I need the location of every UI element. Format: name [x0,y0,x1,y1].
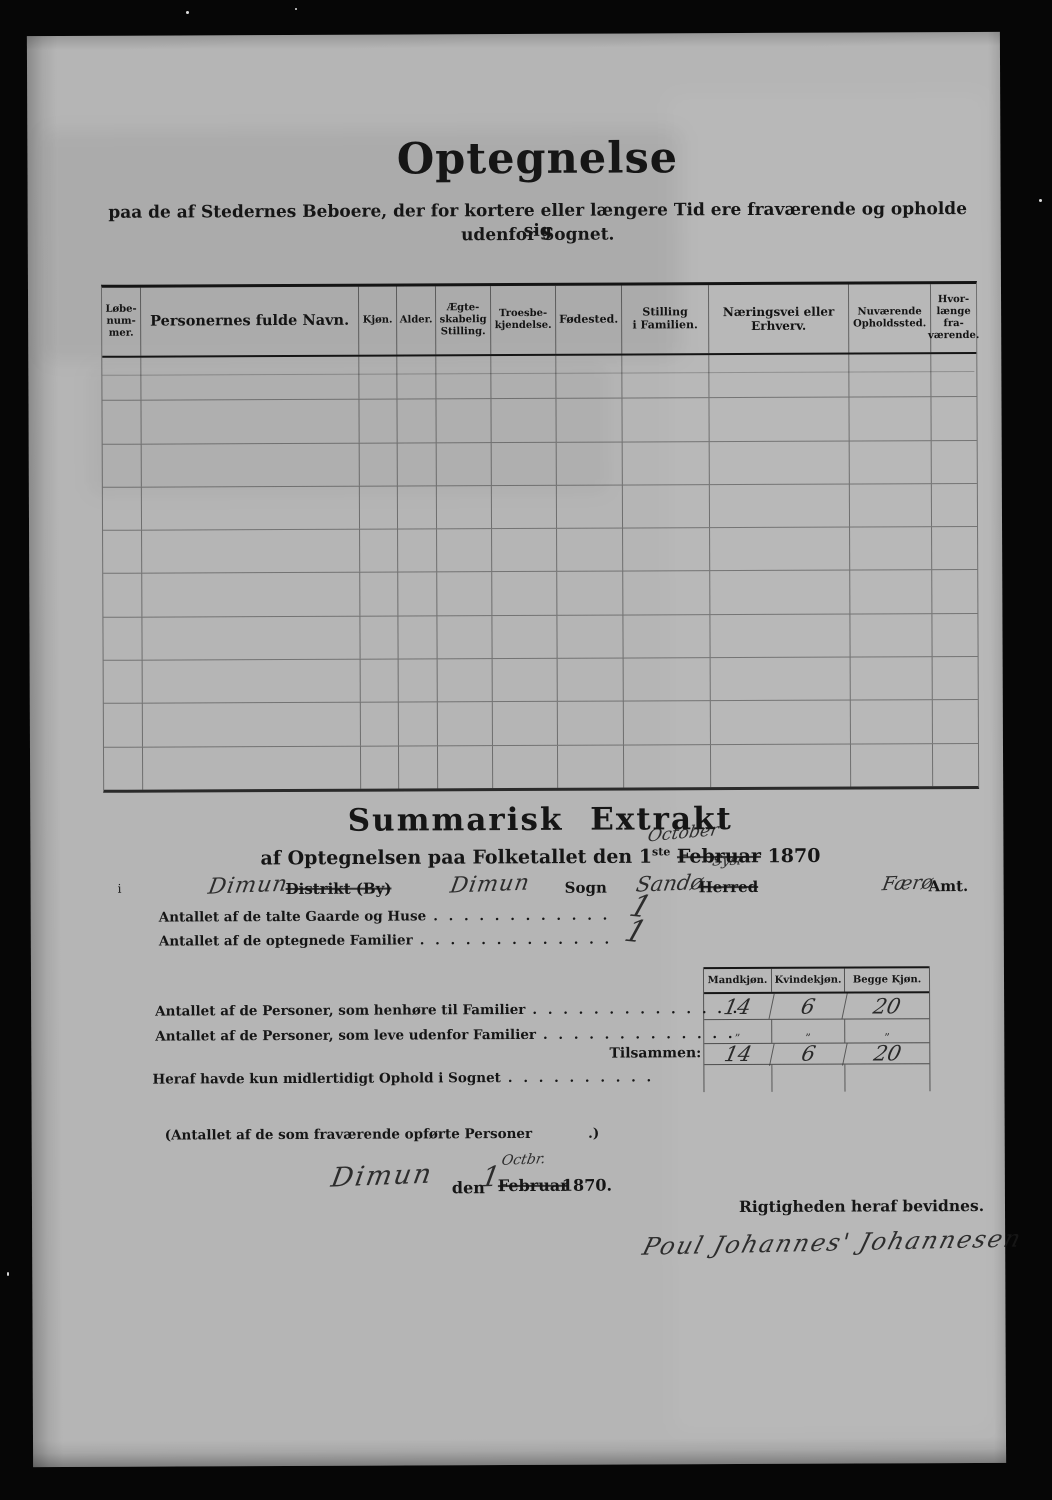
table-cell [557,615,623,658]
summary-empty-row [704,1064,929,1092]
table-row [104,744,978,790]
amt-label: Amt. [929,877,969,895]
table-cell [622,355,709,398]
table-cell [493,745,558,788]
summary-col-female: Kvindekjøn. [772,969,845,992]
dotted-leader: . . . . . . . . . . . . . [420,932,613,949]
table-row [102,397,976,444]
table-row [102,354,976,401]
table-cell [558,745,624,788]
table-row [103,570,977,617]
value-female: 6 [770,994,848,1019]
table-cell [399,746,438,788]
table-cell [558,702,624,745]
table-cell [438,659,493,702]
table-cell [624,658,711,701]
table-cell [102,401,141,443]
table-cell [711,744,851,787]
absent-note-text: (Antallet af de som fraværende opførte P… [165,1126,533,1144]
handwritten-amt: Færø [881,871,935,895]
table-cell [491,356,556,399]
count-line-families: Antallet af de optegnede Familier. . . .… [159,932,612,950]
table-cell [359,357,397,399]
table-cell [557,442,623,485]
table-cell [710,441,850,484]
ditto-mark: „ [845,1019,929,1042]
table-cell [851,657,933,700]
table-cell [710,614,850,657]
handwritten-district: Dimun [206,872,290,900]
printed-year: 1870 [768,845,821,867]
table-cell [359,400,397,442]
dust-speck [295,8,297,10]
table-cell [398,573,437,615]
table-cell [933,744,978,786]
table-cell [104,661,143,703]
table-cell [103,617,142,659]
summary-col-male: Mandkjøn. [704,969,772,992]
table-cell [398,616,437,658]
table-cell [104,704,143,746]
table-cell [932,527,977,569]
table-cell [932,484,977,526]
table-cell [622,398,709,441]
margin-mark: i [118,882,122,896]
table-cell [623,442,710,485]
empty-cell [772,1065,845,1092]
table-cell [557,572,623,615]
column-header-sex: Kjøn. [359,287,397,355]
column-header-marital: Ægte- skabelig Stilling. [436,286,491,354]
table-cell [397,356,436,398]
dotted-leader: . . . . . . . . . . [508,1069,654,1086]
table-cell [437,443,492,486]
dotted-leader: . . . . . . . . . . . . [433,908,610,925]
summary-row-text: Antallet af de Personer, som henhøre til… [155,1002,525,1020]
table-cell [492,442,557,485]
total-label: Tilsammen: [531,1045,701,1062]
table-row [104,657,978,704]
summary-values-row: 14 6 20 [704,993,929,1020]
table-cell [491,399,556,442]
extract-subheading: af Optegnelsen paa Folketallet den 1ste … [103,844,977,870]
table-cell [623,572,710,615]
table-cell [850,441,932,484]
table-cell [398,486,437,528]
table-cell [850,614,932,657]
table-cell [709,355,849,398]
handwritten-parish: Dimun [448,871,532,899]
printed-month-footer: Februar [498,1176,569,1195]
table-cell [557,529,623,572]
record-table: Løbe- num- mer. Personernes fulde Navn. … [101,281,979,793]
summary-row-label-outside-families: Antallet af de Personer, som leve udenfo… [155,1026,735,1045]
table-cell [103,574,142,616]
table-cell [623,485,710,528]
table-cell [492,572,557,615]
table-cell [102,358,141,400]
record-table-header: Løbe- num- mer. Personernes fulde Navn. … [102,284,976,358]
total-both: 20 [843,1043,932,1065]
value-both: 20 [843,993,932,1018]
table-cell [709,398,849,441]
column-header-age: Alder. [397,286,436,354]
table-cell [931,397,976,439]
total-male: 14 [702,1044,775,1066]
ditto-mark: „ [772,1020,845,1043]
table-cell [142,530,360,573]
table-cell [624,702,711,745]
table-cell [492,616,557,659]
count-line-houses: Antallet af de talte Gaarde og Huse. . .… [159,908,611,926]
table-cell [103,531,142,573]
table-cell [849,397,931,440]
table-cell [437,529,492,572]
table-cell [932,441,977,483]
table-cell [361,703,399,745]
table-cell [711,658,851,701]
table-cell [624,745,711,788]
table-cell [360,616,398,658]
table-cell [142,487,360,530]
table-cell [141,400,359,443]
table-cell [851,701,933,744]
table-cell [399,659,438,701]
column-header-number: Løbe- num- mer. [102,288,141,356]
subtitle-line2: udenfor Sognet. [101,223,975,247]
table-cell [850,484,932,527]
column-header-creed: Troesbe- kjendelse. [491,286,556,354]
table-cell [556,399,622,442]
absent-note-close: .) [588,1126,599,1142]
printed-year-footer: 1870. [562,1176,612,1195]
empty-cell [845,1064,929,1091]
table-cell [849,354,931,397]
summary-total-row: 14 6 20 [704,1043,929,1065]
table-row [103,484,977,531]
table-cell [492,486,557,529]
table-cell [492,529,557,572]
column-header-family-position: Stilling i Familien. [622,285,709,353]
table-cell [710,528,850,571]
table-cell [141,357,359,400]
extract-heading: Summarisk Extrakt [103,800,977,840]
table-cell [932,570,977,612]
table-row [103,441,977,488]
count-label: Antallet af de talte Gaarde og Huse [159,908,427,925]
herred-label: Herred [699,878,759,896]
summary-table-header: Mandkjøn. Kvindekjøn. Begge Kjøn. [704,966,929,994]
table-cell [437,486,492,529]
table-cell [437,573,492,616]
column-header-birthplace: Fødested. [556,286,622,354]
page-title: Optegnelse [100,132,974,186]
summary-table: Mandkjøn. Kvindekjøn. Begge Kjøn. 14 6 2… [703,966,931,1092]
summary-row-label-temporary: Heraf havde kun midlertidigt Ophold i So… [152,1069,654,1087]
table-row [103,527,977,574]
main-table-body [102,354,978,790]
film-background: Optegnelse paa de af Stedernes Beboere, … [0,0,1052,1500]
attestation-text: Rigtigheden heraf bevidnes. [739,1196,984,1216]
table-cell [142,616,360,659]
extract-subheading-text: af Optegnelsen paa Folketallet den 1 [260,846,652,870]
summary-row-text: Heraf havde kun midlertidigt Ophold i So… [152,1070,501,1088]
parish-label: Sogn [565,879,607,897]
count-label: Antallet af de optegnede Familier [159,932,413,949]
table-cell [436,399,491,442]
table-cell [557,485,623,528]
summary-row-label-in-families: Antallet af de Personer, som henhøre til… [155,1001,740,1020]
column-header-absence-length: Hvor- længe fra- værende. [931,284,976,352]
summary-col-both: Begge Kjøn. [845,968,929,991]
table-cell [143,660,361,703]
handwritten-place: Dimun [329,1159,436,1194]
value-male: 14 [702,994,775,1019]
table-cell [361,660,399,702]
table-cell [142,443,360,486]
table-cell [710,484,850,527]
table-row [104,700,978,747]
table-cell [397,400,436,442]
empty-cell [704,1065,772,1092]
table-cell [360,573,398,615]
table-cell [850,527,932,570]
table-cell [711,701,851,744]
table-cell [398,443,437,485]
table-cell [850,571,932,614]
handwritten-syssel-correction: Sysl [711,853,743,870]
table-cell [437,616,492,659]
table-cell [103,444,142,486]
table-cell [438,702,493,745]
ordinal-suffix: ste [652,845,670,858]
table-cell [143,746,361,789]
table-cell [361,746,399,788]
table-cell [360,486,398,528]
table-cell [933,700,978,742]
table-cell [143,703,361,746]
table-row [103,614,977,661]
column-header-name: Personernes fulde Navn. [141,287,359,356]
table-cell [399,703,438,745]
table-cell [558,659,624,702]
table-cell [623,615,710,658]
dust-speck [1039,199,1042,202]
dust-speck [186,11,189,14]
table-cell [932,614,977,656]
table-cell [398,530,437,572]
summary-row-text: Antallet af de Personer, som leve udenfo… [155,1027,536,1045]
absent-note: (Antallet af de som fraværende opførte P… [165,1126,600,1144]
table-cell [710,571,850,614]
table-cell [493,702,558,745]
table-cell [360,443,398,485]
table-cell [103,488,142,530]
table-cell [493,659,558,702]
table-cell [556,356,622,399]
table-cell [438,746,493,789]
table-cell [104,747,143,789]
table-cell [360,530,398,572]
district-label: Distrikt (By) [286,880,392,898]
total-female: 6 [770,1044,848,1066]
table-cell [933,657,978,699]
table-cell [623,528,710,571]
column-header-occupation: Næringsvei eller Erhverv. [709,285,849,354]
dust-speck [7,1272,9,1276]
document-page: Optegnelse paa de af Stedernes Beboere, … [27,32,1006,1467]
table-cell [851,744,933,787]
table-cell [142,573,360,616]
ditto-mark: „ [704,1020,772,1043]
column-header-residence: Nuværende Opholdssted. [849,284,931,352]
handwritten-month-footer: Octbr. [500,1151,547,1169]
table-cell [931,354,976,396]
table-cell [436,356,491,399]
